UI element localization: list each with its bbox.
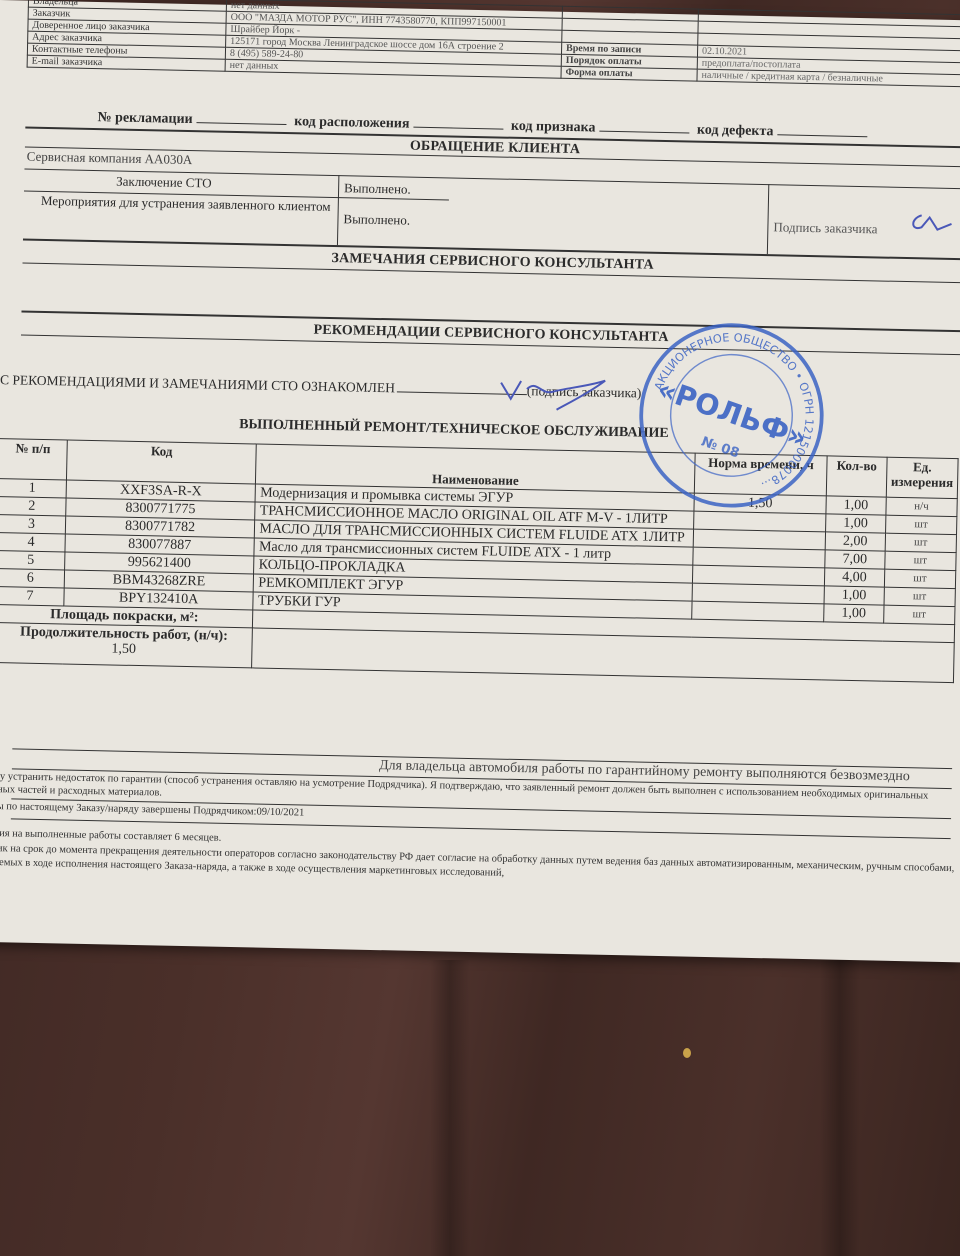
- row-qty: 1,00: [824, 586, 884, 605]
- info-label-2: Форма оплаты: [561, 66, 697, 81]
- defect-code-label: код дефекта: [697, 123, 774, 140]
- row-qty: 2,00: [825, 532, 885, 551]
- row-number: 3: [0, 515, 66, 534]
- work-order-document: Владельца нет данных Заказчик ООО "МАЗДА…: [0, 0, 960, 962]
- customer-info-table: Владельца нет данных Заказчик ООО "МАЗДА…: [27, 0, 960, 87]
- row-qty: 1,00: [826, 496, 886, 515]
- col-qty: Кол-во: [826, 456, 887, 497]
- claim-no-label: № рекламации: [97, 110, 192, 127]
- row-unit: шт: [885, 551, 957, 570]
- location-code-label: код расположения: [294, 114, 410, 131]
- row-number: 2: [0, 497, 66, 516]
- row-qty: 1,00: [825, 514, 885, 533]
- row-qty: 4,00: [824, 568, 884, 587]
- consent-text: Заказчик на срок до момента прекращения …: [0, 842, 958, 891]
- fabric-fold: [430, 960, 470, 1256]
- row-unit: шт: [884, 569, 956, 588]
- row-unit: шт: [883, 605, 955, 624]
- row-number: 6: [0, 569, 64, 588]
- guarantee-text: Гарантия на выполненные работы составляе…: [0, 828, 221, 844]
- row-number: 7: [0, 587, 64, 606]
- conclusion-value: Выполнено.: [344, 180, 411, 197]
- col-code: Код: [66, 440, 256, 484]
- work-table-title: ВЫПОЛНЕННЫЙ РЕМОНТ/ТЕХНИЧЕСКОЕ ОБСЛУЖИВА…: [239, 417, 669, 442]
- row-unit: шт: [885, 515, 957, 534]
- col-unit: Ед. измерения: [886, 457, 958, 498]
- row-unit: н/ч: [886, 497, 958, 516]
- row-unit: шт: [885, 533, 957, 552]
- service-company: Сервисная компания АА030А: [27, 149, 193, 168]
- duration-cell: Продолжительность работ, (н/ч): 1,50: [0, 623, 253, 668]
- crumb-speck: [683, 1048, 691, 1058]
- acknowledgement-signature: [496, 372, 637, 415]
- consultant-remarks-title: ЗАМЕЧАНИЯ СЕРВИСНОГО КОНСУЛЬТАНТА: [23, 239, 960, 283]
- stamp-number: № 08: [699, 434, 741, 461]
- row-number: 1: [0, 479, 66, 498]
- work-table: № п/п Код Наименование Норма времени, ч …: [0, 438, 959, 683]
- fabric-fold: [820, 960, 860, 1256]
- row-number: 4: [0, 533, 65, 552]
- row-unit: шт: [884, 587, 956, 606]
- measures-value: Выполнено.: [343, 211, 410, 228]
- row-qty: 7,00: [825, 550, 885, 569]
- row-qty: 1,00: [824, 604, 884, 623]
- conclusion-label: Заключение СТО: [116, 173, 212, 191]
- acknowledged-label: С РЕКОМЕНДАЦИЯМИ И ЗАМЕЧАНИЯМИ СТО ОЗНАК…: [0, 372, 395, 395]
- sign-code-label: код признака: [511, 119, 596, 136]
- customer-signature: [907, 209, 958, 240]
- customer-signature-label: Подпись заказчика: [773, 219, 877, 237]
- row-number: 5: [0, 551, 65, 570]
- col-number: № п/п: [0, 439, 67, 480]
